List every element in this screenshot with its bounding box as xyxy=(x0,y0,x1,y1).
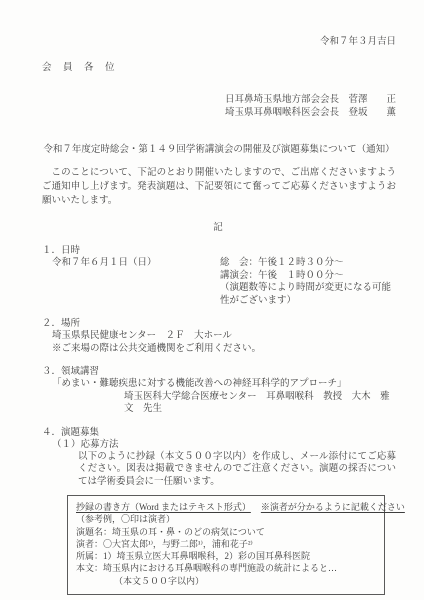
event-times: 総 会：午後１２時３０分～ 講演会：午後 １時００分～ （演題数等により時間が変… xyxy=(220,257,396,307)
document-page: 令和７年３月吉日 会 員 各 位 日耳鼻埼玉県地方部会会長 菅澤 正 埼玉県耳鼻… xyxy=(0,0,424,600)
example-note: （参考例，〇印は演者） xyxy=(76,513,376,525)
domain-lecture-body: 「めまい・難聴疾患に対する機能改善への神経耳科学的アプローチ」 埼玉医科大学総合… xyxy=(52,378,396,416)
body-length-limit: （本文５００字以内） xyxy=(114,575,376,587)
example-affiliation-line: 所属：1）埼玉県立医大耳鼻咽喉科，2）彩の国耳鼻科医院 xyxy=(76,550,376,562)
section-domain-lecture: ３．領域講習 「めまい・難聴疾患に対する機能改善への神経耳科学的アプローチ」 埼… xyxy=(42,366,396,416)
example-title-line: 演題名：埼玉県の耳・鼻・のどの病気について xyxy=(76,526,376,538)
section-domain-lecture-heading: ３．領域講習 xyxy=(42,366,396,378)
time-change-note: （演題数等により時間が変更になる可能性がございます） xyxy=(220,282,396,307)
section-datetime-heading: １．日時 xyxy=(42,245,396,257)
application-method-heading: （１）応募方法 xyxy=(52,439,396,451)
sender-line-association-president: 埼玉県耳鼻咽喉科医会会長 登坂 薫 xyxy=(42,107,396,120)
example-presenters-line: 演者：〇大宮太郎¹⁾，与野二郎¹⁾，浦和花子²⁾ xyxy=(76,538,376,550)
sender-line-chapter-president: 日耳鼻埼玉県地方部会会長 菅澤 正 xyxy=(42,94,396,107)
application-instructions: 以下のように抄録（本文５００字以内）を作成し、メール添付にてご応募ください。図表… xyxy=(78,451,396,489)
intro-paragraph: このことについて、下記のとおり開催いたしますので、ご出席くださいますようご通知申… xyxy=(42,166,396,208)
section-venue-heading: ２．場所 xyxy=(42,318,396,330)
section-call-for-papers-heading: ４．演題募集 xyxy=(42,427,396,439)
presenter-marking-note: ※演者が分かるように記載ください xyxy=(261,502,405,512)
record-mark: 記 xyxy=(42,222,396,234)
lecture-title: 「めまい・難聴疾患に対する機能改善への神経耳科学的アプローチ」 xyxy=(52,378,396,391)
sender-block: 日耳鼻埼玉県地方部会会長 菅澤 正 埼玉県耳鼻咽喉科医会会長 登坂 薫 xyxy=(42,94,396,120)
abstract-format-label: 抄録の書き方（Word またはテキスト形式） xyxy=(76,502,251,512)
example-body-line: 本文：埼玉県内における耳鼻咽喉科の専門施設の統計によると… xyxy=(76,562,376,574)
abstract-box-header: 抄録の書き方（Word またはテキスト形式）※演者が分かるように記載ください xyxy=(76,501,376,513)
abstract-format-box: 抄録の書き方（Word またはテキスト形式）※演者が分かるように記載ください （… xyxy=(67,495,385,595)
lecture-time: 講演会：午後 １時００分～ xyxy=(220,270,396,283)
section-datetime: １．日時 令和７年６月１日（日） 総 会：午後１２時３０分～ 講演会：午後 １時… xyxy=(42,245,396,307)
datetime-row: 令和７年６月１日（日） 総 会：午後１２時３０分～ 講演会：午後 １時００分～ … xyxy=(52,257,396,307)
venue-transport-note: ※ご来場の際は公共交通機関をご利用ください。 xyxy=(52,343,396,356)
venue-body: 埼玉県県民健康センター ２Ｆ 大ホール ※ご来場の際は公共交通機関をご利用くださ… xyxy=(52,330,396,355)
section-venue: ２．場所 埼玉県県民健康センター ２Ｆ 大ホール ※ご来場の際は公共交通機関をご… xyxy=(42,318,396,355)
document-title: 令和７年度定時総会・第１４９回学術講演会の開催及び演題募集について（通知） xyxy=(42,144,396,156)
section-call-for-papers: ４．演題募集 （１）応募方法 以下のように抄録（本文５００字以内）を作成し、メー… xyxy=(42,427,396,596)
venue-name: 埼玉県県民健康センター ２Ｆ 大ホール xyxy=(52,330,396,343)
lecturer-name: 埼玉医科大学総合医療センター 耳鼻咽喉科 教授 大木 雅文 先生 xyxy=(124,391,396,416)
general-meeting-time: 総 会：午後１２時３０分～ xyxy=(220,257,396,270)
issue-date: 令和７年３月吉日 xyxy=(42,36,396,48)
event-date: 令和７年６月１日（日） xyxy=(52,257,220,307)
addressee: 会 員 各 位 xyxy=(42,62,396,74)
